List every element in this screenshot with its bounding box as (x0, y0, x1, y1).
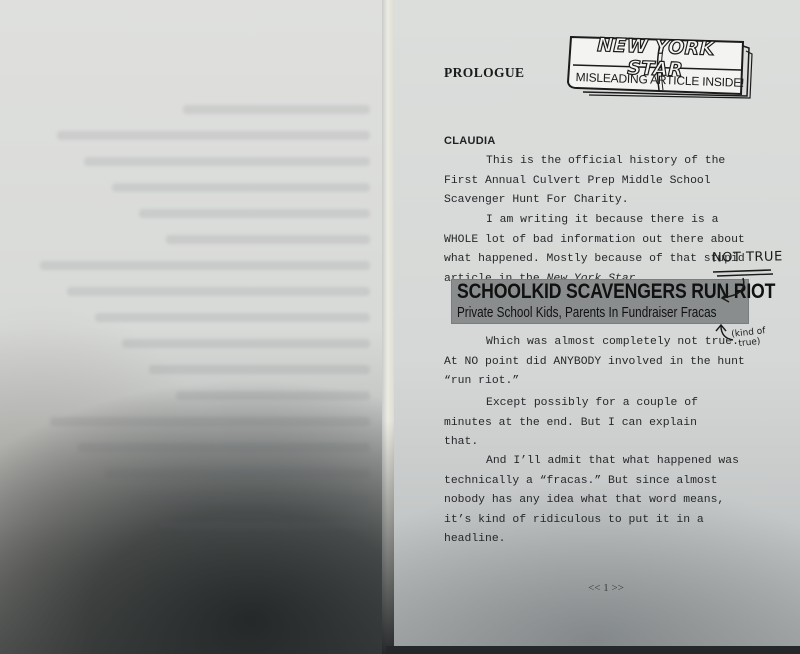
paragraph-1: This is the official history of the Firs… (444, 152, 784, 211)
bleed-line (105, 469, 370, 478)
bleed-line (139, 209, 370, 218)
bleed-line (159, 521, 370, 530)
bleed-line (132, 495, 370, 504)
page-number: << 1 >> (561, 582, 651, 594)
bleed-line (84, 157, 370, 166)
bleed-line (183, 105, 370, 114)
bleed-line (112, 183, 370, 192)
bleed-line (40, 261, 370, 270)
open-book-spread: PROLOGUE NEW YORK STAR MISLEADING ARTICL… (0, 0, 800, 654)
bleed-line (78, 443, 370, 452)
page-bottom-edge (386, 646, 800, 654)
bleed-line (57, 131, 370, 140)
bleed-line (95, 313, 370, 322)
bleed-line (122, 339, 370, 348)
paragraph-3: Which was almost completely not true. At… (444, 333, 784, 392)
newspaper-illustration: NEW YORK STAR MISLEADING ARTICLE INSIDE! (563, 32, 758, 104)
bleed-line (50, 417, 370, 426)
paragraph-5: And I’ll admit that what happened was te… (444, 452, 784, 550)
bleed-line (176, 391, 370, 400)
bleed-line (67, 287, 370, 296)
bleed-line (166, 235, 370, 244)
left-page (0, 0, 386, 654)
bleed-through-text (30, 105, 370, 547)
headline-sub: Private School Kids, Parents In Fundrais… (457, 304, 716, 321)
paragraph-4: Except possibly for a couple of minutes … (444, 394, 784, 453)
section-heading: PROLOGUE (444, 65, 524, 81)
speaker-label: CLAUDIA (444, 135, 496, 147)
bleed-line (149, 365, 370, 374)
